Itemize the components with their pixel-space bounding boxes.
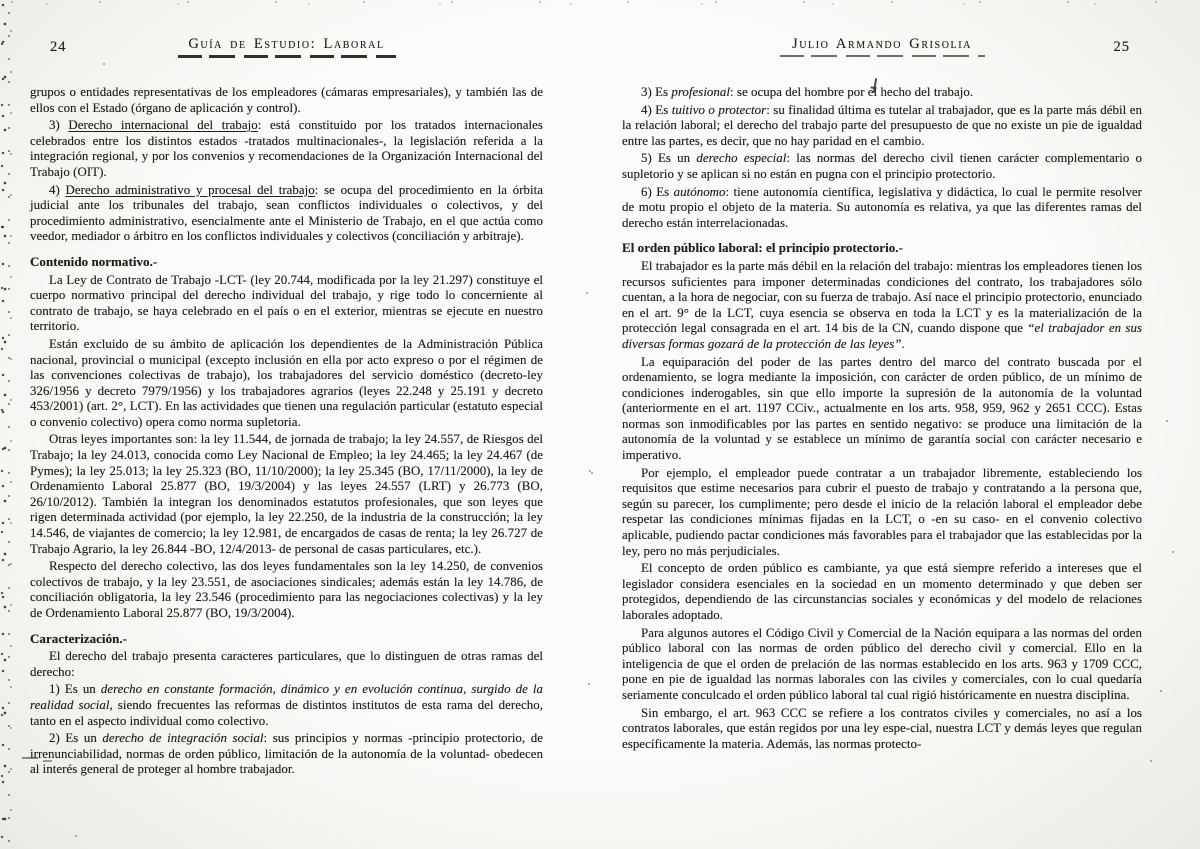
text-segment: derecho de integración social (102, 731, 263, 745)
paragraph: La equiparación del poder de las partes … (622, 355, 1142, 464)
text-segment: 1) Es un (49, 682, 101, 696)
paragraph: 2) Es un derecho de integración social: … (30, 731, 543, 778)
paragraph: 3) Derecho internacional del trabajo: es… (30, 118, 543, 180)
text-segment: 4) Es (641, 103, 672, 117)
text-segment: Derecho internacional del trabajo (68, 118, 257, 132)
section-heading: Caracterización.- (30, 631, 543, 647)
running-title-right: Julio Armando Grisolia (622, 36, 1142, 53)
text-segment: autónomo (674, 185, 726, 199)
page-content-right: 3) Es profesional: se ocupa del hombre p… (622, 85, 1142, 752)
margin-pencil-dash (22, 757, 38, 759)
page-number-right: 25 (1114, 39, 1131, 56)
scan-speck (1160, 690, 1162, 692)
text-segment: Están excluido de su ámbito de aplicació… (30, 337, 543, 429)
scan-speck (1166, 420, 1168, 422)
paragraph: 5) Es un derecho especial: las normas de… (622, 151, 1142, 182)
scan-top-noise (0, 0, 1200, 6)
text-segment: El derecho del trabajo presenta caracter… (30, 649, 543, 679)
scan-speck (1150, 760, 1152, 762)
scan-speck (1172, 551, 1174, 553)
text-segment: Respecto del derecho colectivo, las dos … (30, 559, 543, 620)
section-heading: Contenido normativo.- (30, 254, 543, 270)
text-segment: El concepto de orden público es cambiant… (622, 561, 1142, 622)
text-segment: 2) Es un (49, 731, 102, 745)
scan-speck (591, 472, 593, 474)
scan-speck (103, 63, 105, 65)
paragraph: Por ejemplo, el empleador puede contrata… (622, 466, 1142, 560)
text-segment: Contenido normativo.- (30, 254, 157, 269)
paragraph: Están excluido de su ámbito de aplicació… (30, 337, 543, 431)
text-segment: . (901, 337, 904, 351)
paragraph: El derecho del trabajo presenta caracter… (30, 649, 543, 680)
text-segment: Derecho administrativo y procesal del tr… (66, 183, 315, 197)
paragraph: El concepto de orden público es cambiant… (622, 561, 1142, 623)
text-segment: grupos o entidades representativas de lo… (30, 85, 543, 115)
scan-speck (588, 683, 590, 685)
page-content-left: grupos o entidades representativas de lo… (30, 85, 543, 778)
book-spread: 24 Guía de Estudio: Laboral grupos o ent… (0, 0, 1200, 849)
paragraph: La Ley de Contrato de Trabajo -LCT- (ley… (30, 273, 543, 335)
text-segment: La Ley de Contrato de Trabajo -LCT- (ley… (30, 273, 543, 334)
paragraph: 4) Es tuitivo o protector: su finalidad … (622, 103, 1142, 150)
margin-pencil-dash (43, 760, 52, 762)
text-segment: profesional (671, 85, 730, 99)
text-segment: 3) Es (641, 85, 671, 99)
text-segment: 4) (49, 183, 66, 197)
page-25: 25 Julio Armando Grisolia 3) Es profesio… (622, 36, 1142, 754)
running-title-left: Guía de Estudio: Laboral (30, 36, 543, 53)
page-header-left: 24 Guía de Estudio: Laboral (30, 36, 543, 72)
section-heading: El orden público laboral: el principio p… (622, 240, 1142, 256)
scan-speck (586, 292, 588, 294)
text-segment: Por ejemplo, el empleador puede contrata… (622, 466, 1142, 558)
title-rule-right (780, 55, 985, 57)
text-segment: tuitivo o protector (672, 103, 766, 117)
paragraph: Para algunos autores el Código Civil y C… (622, 626, 1142, 704)
paragraph: Otras leyes importantes son: la ley 11.5… (30, 432, 543, 557)
text-segment: : se ocupa del hombre por el hecho del t… (730, 85, 973, 99)
text-segment: Caracterización.- (30, 631, 127, 646)
paragraph: Respecto del derecho colectivo, las dos … (30, 559, 543, 621)
page-number-left: 24 (50, 39, 67, 56)
paragraph: 4) Derecho administrativo y procesal del… (30, 183, 543, 245)
text-segment: derecho especial (696, 151, 786, 165)
page-24: 24 Guía de Estudio: Laboral grupos o ent… (30, 36, 543, 780)
title-rule-left (178, 55, 396, 58)
paragraph: 1) Es un derecho en constante formación,… (30, 682, 543, 729)
paragraph: Sin embargo, el art. 963 CCC se refiere … (622, 706, 1142, 753)
text-segment: La equiparación del poder de las partes … (622, 355, 1142, 463)
text-segment: Otras leyes importantes son: la ley 11.5… (30, 432, 543, 555)
text-segment: 3) (49, 118, 68, 132)
text-segment: El orden público laboral: el principio p… (622, 240, 903, 255)
text-segment: Para algunos autores el Código Civil y C… (622, 626, 1142, 702)
paragraph: 6) Es autónomo: tiene autonomía científi… (622, 185, 1142, 232)
scan-speck (75, 835, 77, 837)
page-header-right: 25 Julio Armando Grisolia (622, 36, 1142, 72)
scan-edge-noise (0, 0, 14, 849)
paragraph: grupos o entidades representativas de lo… (30, 85, 543, 116)
text-segment: 6) Es (641, 185, 674, 199)
text-segment: Sin embargo, el art. 963 CCC se refiere … (622, 706, 1142, 751)
text-segment: 5) Es un (641, 151, 696, 165)
paragraph: 3) Es profesional: se ocupa del hombre p… (622, 85, 1142, 101)
paragraph: El trabajador es la parte más débil en l… (622, 259, 1142, 353)
